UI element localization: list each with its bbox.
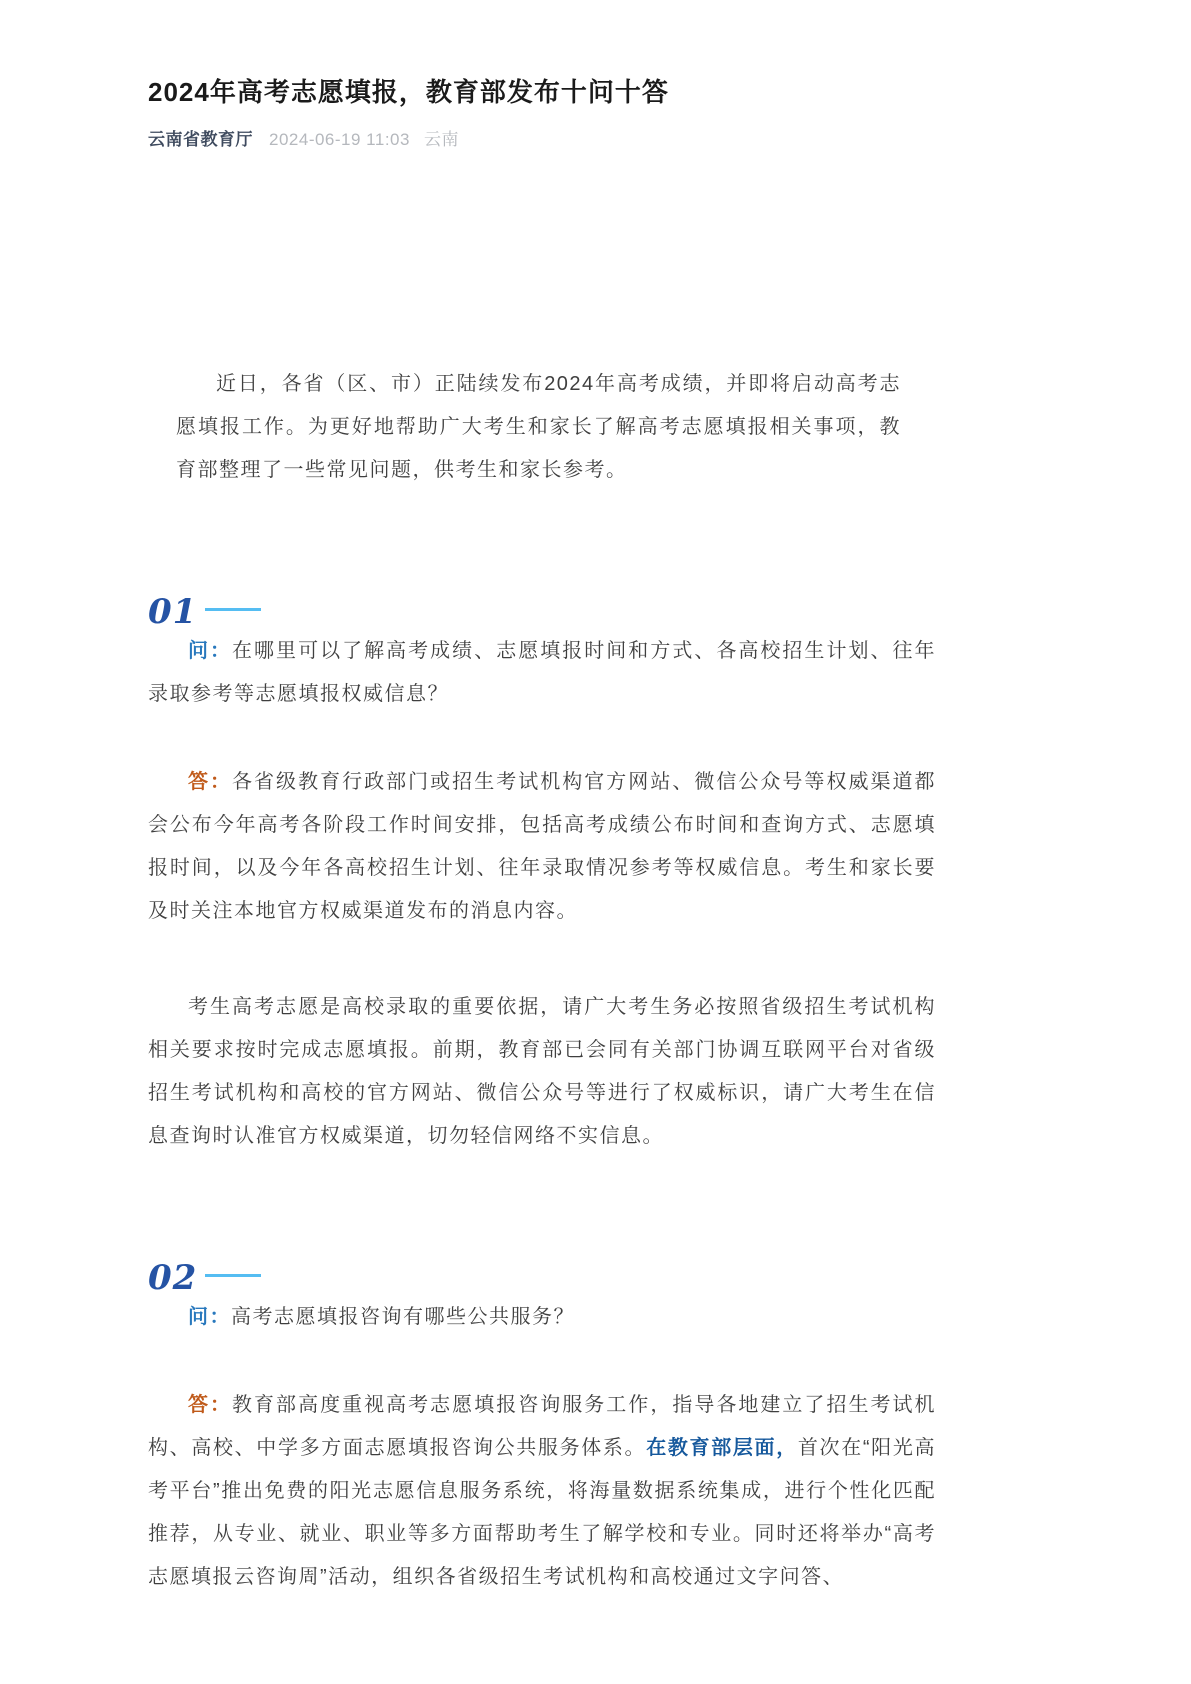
account-name-link[interactable]: 云南省教育厅 [148, 130, 253, 149]
section-header-02: 02 [148, 1260, 936, 1296]
answer-label: 答： [188, 771, 232, 793]
question-label: 问： [188, 640, 232, 662]
article-title: 2024年高考志愿填报，教育部发布十问十答 [148, 74, 936, 110]
highlight-text: 在教育部层面， [646, 1437, 798, 1459]
intro-paragraph: 近日，各省（区、市）正陆续发布2024年高考成绩，并即将启动高考志愿填报工作。为… [176, 363, 901, 492]
qa-section-02: 02 问：高考志愿填报咨询有哪些公共服务？ 答：教育部高度重视高考志愿填报咨询服… [148, 1260, 936, 1599]
qa-section-01: 01 问：在哪里可以了解高考成绩、志愿填报时间和方式、各高校招生计划、往年录取参… [148, 594, 936, 1158]
answer-paragraph-1: 答：各省级教育行政部门或招生考试机构官方网站、微信公众号等权威渠道都会公布今年高… [148, 761, 936, 933]
section-header-01: 01 [148, 594, 936, 630]
answer-text-post: 首次在“阳光高考平台”推出免费的阳光志愿信息服务系统，将海量数据系统集成，进行个… [148, 1437, 936, 1588]
answer-paragraph-2: 考生高考志愿是高校录取的重要依据，请广大考生务必按照省级招生考试机构相关要求按时… [148, 986, 936, 1158]
article-page: 2024年高考志愿填报，教育部发布十问十答 云南省教育厅2024-06-19 1… [0, 0, 1191, 1684]
section-dash-line [205, 1274, 261, 1277]
answer-paragraph-1: 答：教育部高度重视高考志愿填报咨询服务工作，指导各地建立了招生考试机构、高校、中… [148, 1384, 936, 1599]
section-number: 02 [148, 1258, 197, 1298]
answer-text: 各省级教育行政部门或招生考试机构官方网站、微信公众号等权威渠道都会公布今年高考各… [148, 771, 936, 922]
article-content: 2024年高考志愿填报，教育部发布十问十答 云南省教育厅2024-06-19 1… [148, 74, 936, 1599]
publish-time: 2024-06-19 11:03 [269, 130, 410, 149]
question-text: 高考志愿填报咨询有哪些公共服务？ [231, 1306, 575, 1328]
question-paragraph: 问：在哪里可以了解高考成绩、志愿填报时间和方式、各高校招生计划、往年录取参考等志… [148, 630, 936, 716]
answer-label: 答： [188, 1394, 232, 1416]
question-label: 问： [188, 1306, 231, 1328]
byline: 云南省教育厅2024-06-19 11:03云南 [148, 128, 936, 152]
question-paragraph: 问：高考志愿填报咨询有哪些公共服务？ [148, 1296, 936, 1339]
question-text: 在哪里可以了解高考成绩、志愿填报时间和方式、各高校招生计划、往年录取参考等志愿填… [148, 640, 936, 705]
publish-location: 云南 [424, 130, 459, 149]
section-number: 01 [148, 592, 197, 632]
section-dash-line [205, 608, 261, 611]
